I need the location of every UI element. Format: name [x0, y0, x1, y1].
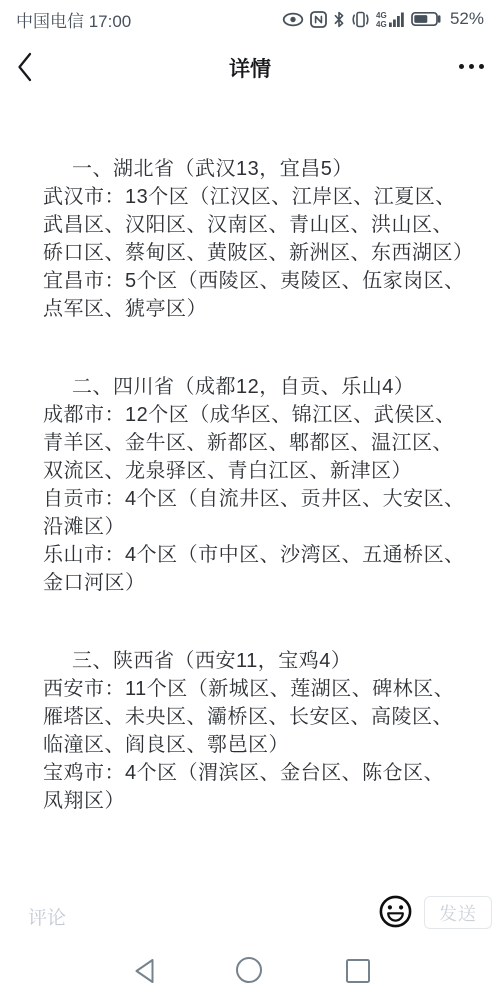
- circle-home-icon: [235, 971, 263, 986]
- comment-input[interactable]: 评论: [28, 903, 358, 930]
- more-dots-icon: [459, 64, 464, 69]
- text-line: 雁塔区、未央区、灞桥区、长安区、高陵区、: [43, 703, 488, 731]
- text-line: 成都市：12个区（成华区、锦江区、武侯区、: [43, 401, 488, 429]
- comment-bar: 评论 发送: [0, 882, 500, 940]
- svg-text:4G: 4G: [376, 20, 387, 28]
- status-bar: 中国电信 17:00: [0, 0, 500, 38]
- android-home-button[interactable]: [235, 956, 263, 986]
- province-section: 三、陕西省（西安11，宝鸡4）西安市：11个区（新城区、莲湖区、碑林区、雁塔区、…: [43, 647, 488, 815]
- android-back-button[interactable]: [132, 957, 156, 986]
- section-header: 二、四川省（成都12，自贡、乐山4）: [43, 373, 488, 401]
- send-button[interactable]: 发送: [424, 896, 492, 929]
- battery-icon: [411, 11, 442, 27]
- eye-protection-icon: [282, 12, 304, 27]
- text-line: 武汉市：13个区（江汉区、江岸区、江夏区、: [43, 183, 488, 211]
- android-recents-button[interactable]: [345, 958, 371, 986]
- signal-4g-icon: 4G 4G: [376, 10, 405, 28]
- more-button[interactable]: [459, 50, 484, 82]
- text-line: 青羊区、金牛区、新都区、郫都区、温江区、: [43, 429, 488, 457]
- province-section: 二、四川省（成都12，自贡、乐山4）成都市：12个区（成华区、锦江区、武侯区、青…: [43, 373, 488, 597]
- nav-bar: 详情: [0, 38, 500, 96]
- text-line: 沿滩区）: [43, 513, 488, 541]
- vibrate-icon: [351, 11, 370, 28]
- section-header: 三、陕西省（西安11，宝鸡4）: [43, 647, 488, 675]
- province-section: 一、湖北省（武汉13，宜昌5）武汉市：13个区（江汉区、江岸区、江夏区、武昌区、…: [43, 155, 488, 323]
- nfc-icon: [310, 11, 327, 28]
- svg-text:4G: 4G: [376, 11, 387, 20]
- detail-text: 一、湖北省（武汉13，宜昌5）武汉市：13个区（江汉区、江岸区、江夏区、武昌区、…: [43, 155, 488, 815]
- text-line: 宝鸡市：4个区（渭滨区、金台区、陈仓区、: [43, 759, 488, 787]
- text-line: 临潼区、阎良区、鄠邑区）: [43, 731, 488, 759]
- text-line: 点军区、猇亭区）: [43, 295, 488, 323]
- text-line: 武昌区、汉阳区、汉南区、青山区、洪山区、: [43, 211, 488, 239]
- text-line: 西安市：11个区（新城区、莲湖区、碑林区、: [43, 675, 488, 703]
- smiley-icon: [378, 916, 413, 933]
- text-line: 凤翔区）: [43, 787, 488, 815]
- text-line: 硚口区、蔡甸区、黄陂区、新洲区、东西湖区）: [43, 239, 488, 267]
- status-icons: 4G 4G 52%: [282, 9, 484, 29]
- section-header: 一、湖北省（武汉13，宜昌5）: [43, 155, 488, 183]
- text-line: 自贡市：4个区（自流井区、贡井区、大安区、: [43, 485, 488, 513]
- text-line: 双流区、龙泉驿区、青白江区、新津区）: [43, 457, 488, 485]
- battery-percent-label: 52%: [450, 9, 484, 29]
- text-line: 乐山市：4个区（市中区、沙湾区、五通桥区、: [43, 541, 488, 569]
- triangle-back-icon: [132, 972, 156, 986]
- square-recents-icon: [345, 971, 371, 986]
- android-nav-bar: [0, 938, 500, 986]
- carrier-time-label: 中国电信 17:00: [16, 7, 131, 32]
- bluetooth-icon: [333, 11, 345, 28]
- phone-screen: 中国电信 17:00: [0, 0, 500, 986]
- emoji-button[interactable]: [378, 894, 413, 929]
- text-line: 金口河区）: [43, 569, 488, 597]
- page-title: 详情: [0, 53, 500, 83]
- text-line: 宜昌市：5个区（西陵区、夷陵区、伍家岗区、: [43, 267, 488, 295]
